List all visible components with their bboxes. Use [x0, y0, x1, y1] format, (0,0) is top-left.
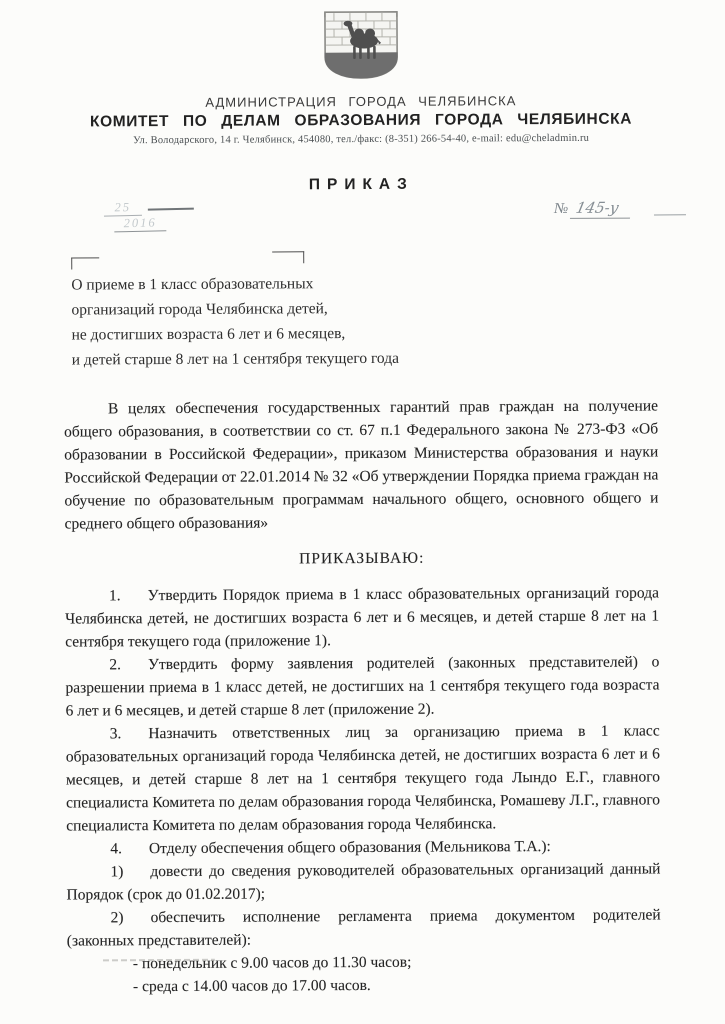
- item-text: Назначить ответственных лиц за организац…: [66, 722, 660, 834]
- order-body: В целях обеспечения государственных гара…: [64, 394, 661, 998]
- schedule-line-wednesday: - среда с 14.00 часов до 17.00 часов.: [67, 972, 661, 998]
- item-text: довести до сведения руководителей образо…: [66, 860, 660, 903]
- order-item-3: 3.Назначить ответственных лиц за организ…: [66, 719, 661, 837]
- resolution-word: ПРИКАЗЫВАЮ:: [65, 545, 659, 571]
- scanned-order-document: АДМИНИСТРАЦИЯ ГОРОДА ЧЕЛЯБИНСКА КОМИТЕТ …: [0, 0, 725, 1024]
- number-underline-tail: [654, 214, 686, 215]
- number-sign: №: [554, 201, 568, 217]
- chelyabinsk-coat-of-arms-icon: [317, 8, 403, 82]
- item-number: 4.: [110, 840, 122, 857]
- order-number-value: 145-у: [570, 199, 634, 219]
- preamble: В целях обеспечения государственных гара…: [64, 394, 659, 535]
- subject-line-1: О приеме в 1 класс образовательных: [71, 270, 511, 297]
- item-number: 1.: [109, 587, 121, 604]
- letterhead: [0, 0, 723, 84]
- item-number: 2): [111, 909, 124, 926]
- item-text: обеспечить исполнение регламента приема …: [67, 906, 661, 949]
- contact-line: Ул. Володарского, 14 г. Челябинск, 45408…: [0, 132, 724, 147]
- date-stamp-year: 2016: [114, 215, 166, 232]
- date-stamp: 252016: [104, 197, 255, 232]
- item-text: Утвердить Порядок приема в 1 класс образ…: [65, 584, 659, 650]
- schedule-line-monday: - понедельник с 9.00 часов до 11.30 часо…: [67, 949, 661, 975]
- date-stamp-month: [148, 208, 194, 211]
- item-text: Утвердить форму заявления родителей (зак…: [65, 653, 659, 719]
- subject-line-4: и детей старше 8 лет на 1 сентября текущ…: [72, 345, 512, 372]
- corner-mark-right: [272, 251, 304, 263]
- org-name-line2: КОМИТЕТ ПО ДЕЛАМ ОБРАЗОВАНИЯ ГОРОДА ЧЕЛЯ…: [0, 110, 724, 132]
- org-name-line1: АДМИНИСТРАЦИЯ ГОРОДА ЧЕЛЯБИНСКА: [0, 92, 723, 111]
- order-subitem-1: 1)довести до сведения руководителей обра…: [66, 857, 660, 906]
- order-subitem-2: 2)обеспечить исполнение регламента прием…: [67, 903, 661, 952]
- item-number: 3.: [110, 725, 122, 742]
- corner-mark-left: [71, 257, 99, 269]
- order-number: № 145-у: [554, 199, 632, 219]
- subject-block: О приеме в 1 класс образовательных орган…: [71, 270, 512, 372]
- order-item-1: 1.Утвердить Порядок приема в 1 класс обр…: [65, 581, 659, 653]
- item-number: 1): [110, 863, 123, 880]
- date-stamp-day: 25: [104, 200, 142, 217]
- subject-line-3: не достигших возраста 6 лет и 6 месяцев,: [72, 320, 512, 347]
- scan-content: АДМИНИСТРАЦИЯ ГОРОДА ЧЕЛЯБИНСКА КОМИТЕТ …: [0, 0, 725, 1024]
- item-text: Отделу обеспечения общего образования (М…: [149, 838, 551, 857]
- date-number-row: 252016 № 145-у: [0, 192, 724, 236]
- order-item-2: 2.Утвердить форму заявления родителей (з…: [65, 650, 659, 722]
- order-item-4: 4.Отделу обеспечения общего образования …: [66, 834, 660, 860]
- subject-line-2: организаций города Челябинска детей,: [71, 295, 511, 322]
- item-number: 2.: [109, 656, 121, 673]
